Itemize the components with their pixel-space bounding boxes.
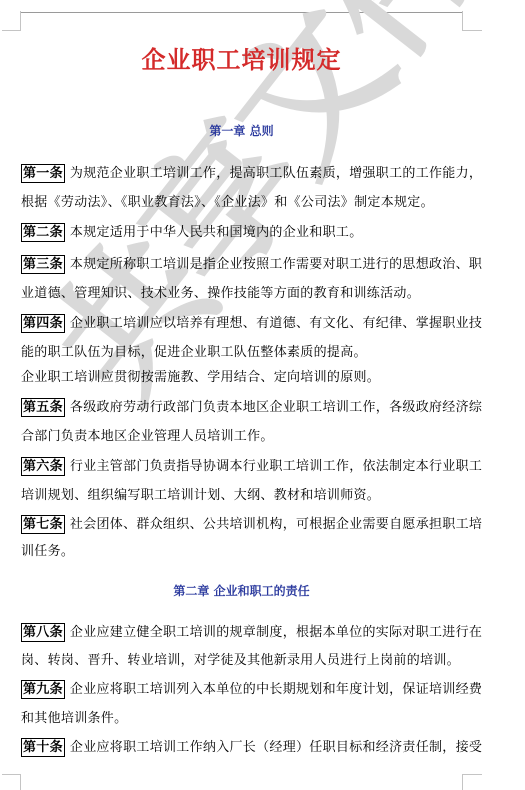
article-text: 社会团体、群众组织、公共培训机构，可根据企业需要自愿承担职工培 (70, 517, 482, 532)
article-line: 第九条企业应将职工培训列入本单位的中长期规划和年度计划，保证培训经费 (21, 680, 466, 700)
article-line: 和其他培训条件。 (21, 709, 466, 729)
article-text: 企业应建立健全职工培训的规章制度，根据本单位的实际对职工进行在 (70, 625, 482, 640)
article-label: 第二条 (21, 223, 65, 242)
article-line: 第四条企业职工培训应以培养有理想、有道德、有文化、有纪律、掌握职业技 (21, 314, 466, 334)
article-line: 第五条各级政府劳动行政部门负责本地区企业职工培训工作，各级政府经济综 (21, 398, 466, 418)
article-line: 合部门负责本地区企业管理人员培训工作。 (21, 427, 466, 447)
corner-mark-top-right-h (462, 30, 482, 31)
article-line: 第三条本规定所称职工培训是指企业按照工作需要对职工进行的思想政治、职 (21, 255, 466, 275)
article-line: 业道德、管理知识、技术业务、操作技能等方面的教育和训练活动。 (21, 284, 466, 304)
article-text: 业道德、管理知识、技术业务、操作技能等方面的教育和训练活动。 (21, 286, 420, 301)
article-text: 根据《劳动法》、《职业教育法》、《企业法》和《公司法》制定本规定。 (21, 195, 434, 210)
article-label: 第五条 (21, 398, 65, 417)
article-label: 第十条 (21, 738, 65, 757)
article-text: 为规范企业职工培训工作，提高职工队伍素质，增强职工的工作能力， (70, 166, 482, 181)
article-label: 第九条 (21, 680, 65, 699)
article-text: 企业职工培训应以培养有理想、有道德、有文化、有纪律、掌握职业技 (70, 316, 482, 331)
page-top-border (20, 12, 463, 13)
corner-mark-bottom-right-h (462, 774, 482, 775)
article-label: 第八条 (21, 623, 65, 642)
chapter-heading: 第二章 企业和职工的责任 (0, 582, 483, 599)
article-text: 企业应将职工培训工作纳入厂长（经理）任职目标和经济责任制，接受 (70, 740, 482, 755)
article-text: 企业职工培训应贯彻按需施教、学用结合、定向培训的原则。 (21, 370, 380, 385)
article-text: 能的职工队伍为目标，促进企业职工队伍整体素质的提高。 (21, 345, 367, 360)
article-text: 本规定所称职工培训是指企业按照工作需要对职工进行的思想政治、职 (70, 257, 482, 272)
article-line: 培训规划、组织编写职工培训计划、大纲、教材和培训师资。 (21, 486, 466, 506)
article-line: 第一条为规范企业职工培训工作，提高职工队伍素质，增强职工的工作能力， (21, 164, 466, 184)
article-label: 第七条 (21, 515, 65, 534)
article-text: 训任务。 (21, 544, 74, 559)
article-line: 岗、转岗、晋升、转业培训，对学徒及其他新录用人员进行上岗前的培训。 (21, 651, 466, 671)
article-label: 第一条 (21, 164, 65, 183)
article-text: 企业应将职工培训列入本单位的中长期规划和年度计划，保证培训经费 (70, 682, 482, 697)
corner-mark-bottom-right-v (462, 774, 463, 790)
corner-mark-top-left-h (2, 30, 21, 31)
article-line: 训任务。 (21, 542, 466, 562)
corner-mark-bottom-left-h (2, 774, 21, 775)
article-label: 第三条 (21, 255, 65, 274)
corner-mark-bottom-left-v (20, 774, 21, 790)
article-text: 合部门负责本地区企业管理人员培训工作。 (21, 429, 274, 444)
article-line: 企业职工培训应贯彻按需施教、学用结合、定向培训的原则。 (21, 368, 466, 388)
article-label: 第四条 (21, 314, 65, 333)
corner-mark-top-right-v (462, 11, 463, 31)
document-title: 企业职工培训规定 (0, 40, 483, 75)
chapter-heading: 第一章 总则 (0, 122, 483, 139)
article-line: 第十条企业应将职工培训工作纳入厂长（经理）任职目标和经济责任制，接受 (21, 738, 466, 758)
article-text: 培训规划、组织编写职工培训计划、大纲、教材和培训师资。 (21, 488, 380, 503)
article-line: 能的职工队伍为目标，促进企业职工队伍整体素质的提高。 (21, 343, 466, 363)
article-line: 第六条行业主管部门负责指导协调本行业职工培训工作，依法制定本行业职工 (21, 457, 466, 477)
article-text: 行业主管部门负责指导协调本行业职工培训工作，依法制定本行业职工 (70, 459, 482, 474)
article-line: 第七条社会团体、群众组织、公共培训机构，可根据企业需要自愿承担职工培 (21, 515, 466, 535)
article-text: 本规定适用于中华人民共和国境内的企业和职工。 (70, 225, 363, 240)
article-line: 第二条本规定适用于中华人民共和国境内的企业和职工。 (21, 223, 466, 243)
article-text: 各级政府劳动行政部门负责本地区企业职工培训工作，各级政府经济综 (70, 400, 482, 415)
corner-mark-top-left-v (20, 11, 21, 31)
article-line: 第八条企业应建立健全职工培训的规章制度，根据本单位的实际对职工进行在 (21, 623, 466, 643)
article-text: 岗、转岗、晋升、转业培训，对学徒及其他新录用人员进行上岗前的培训。 (21, 653, 460, 668)
article-label: 第六条 (21, 457, 65, 476)
article-line: 根据《劳动法》、《职业教育法》、《企业法》和《公司法》制定本规定。 (21, 193, 466, 213)
article-text: 和其他培训条件。 (21, 711, 127, 726)
